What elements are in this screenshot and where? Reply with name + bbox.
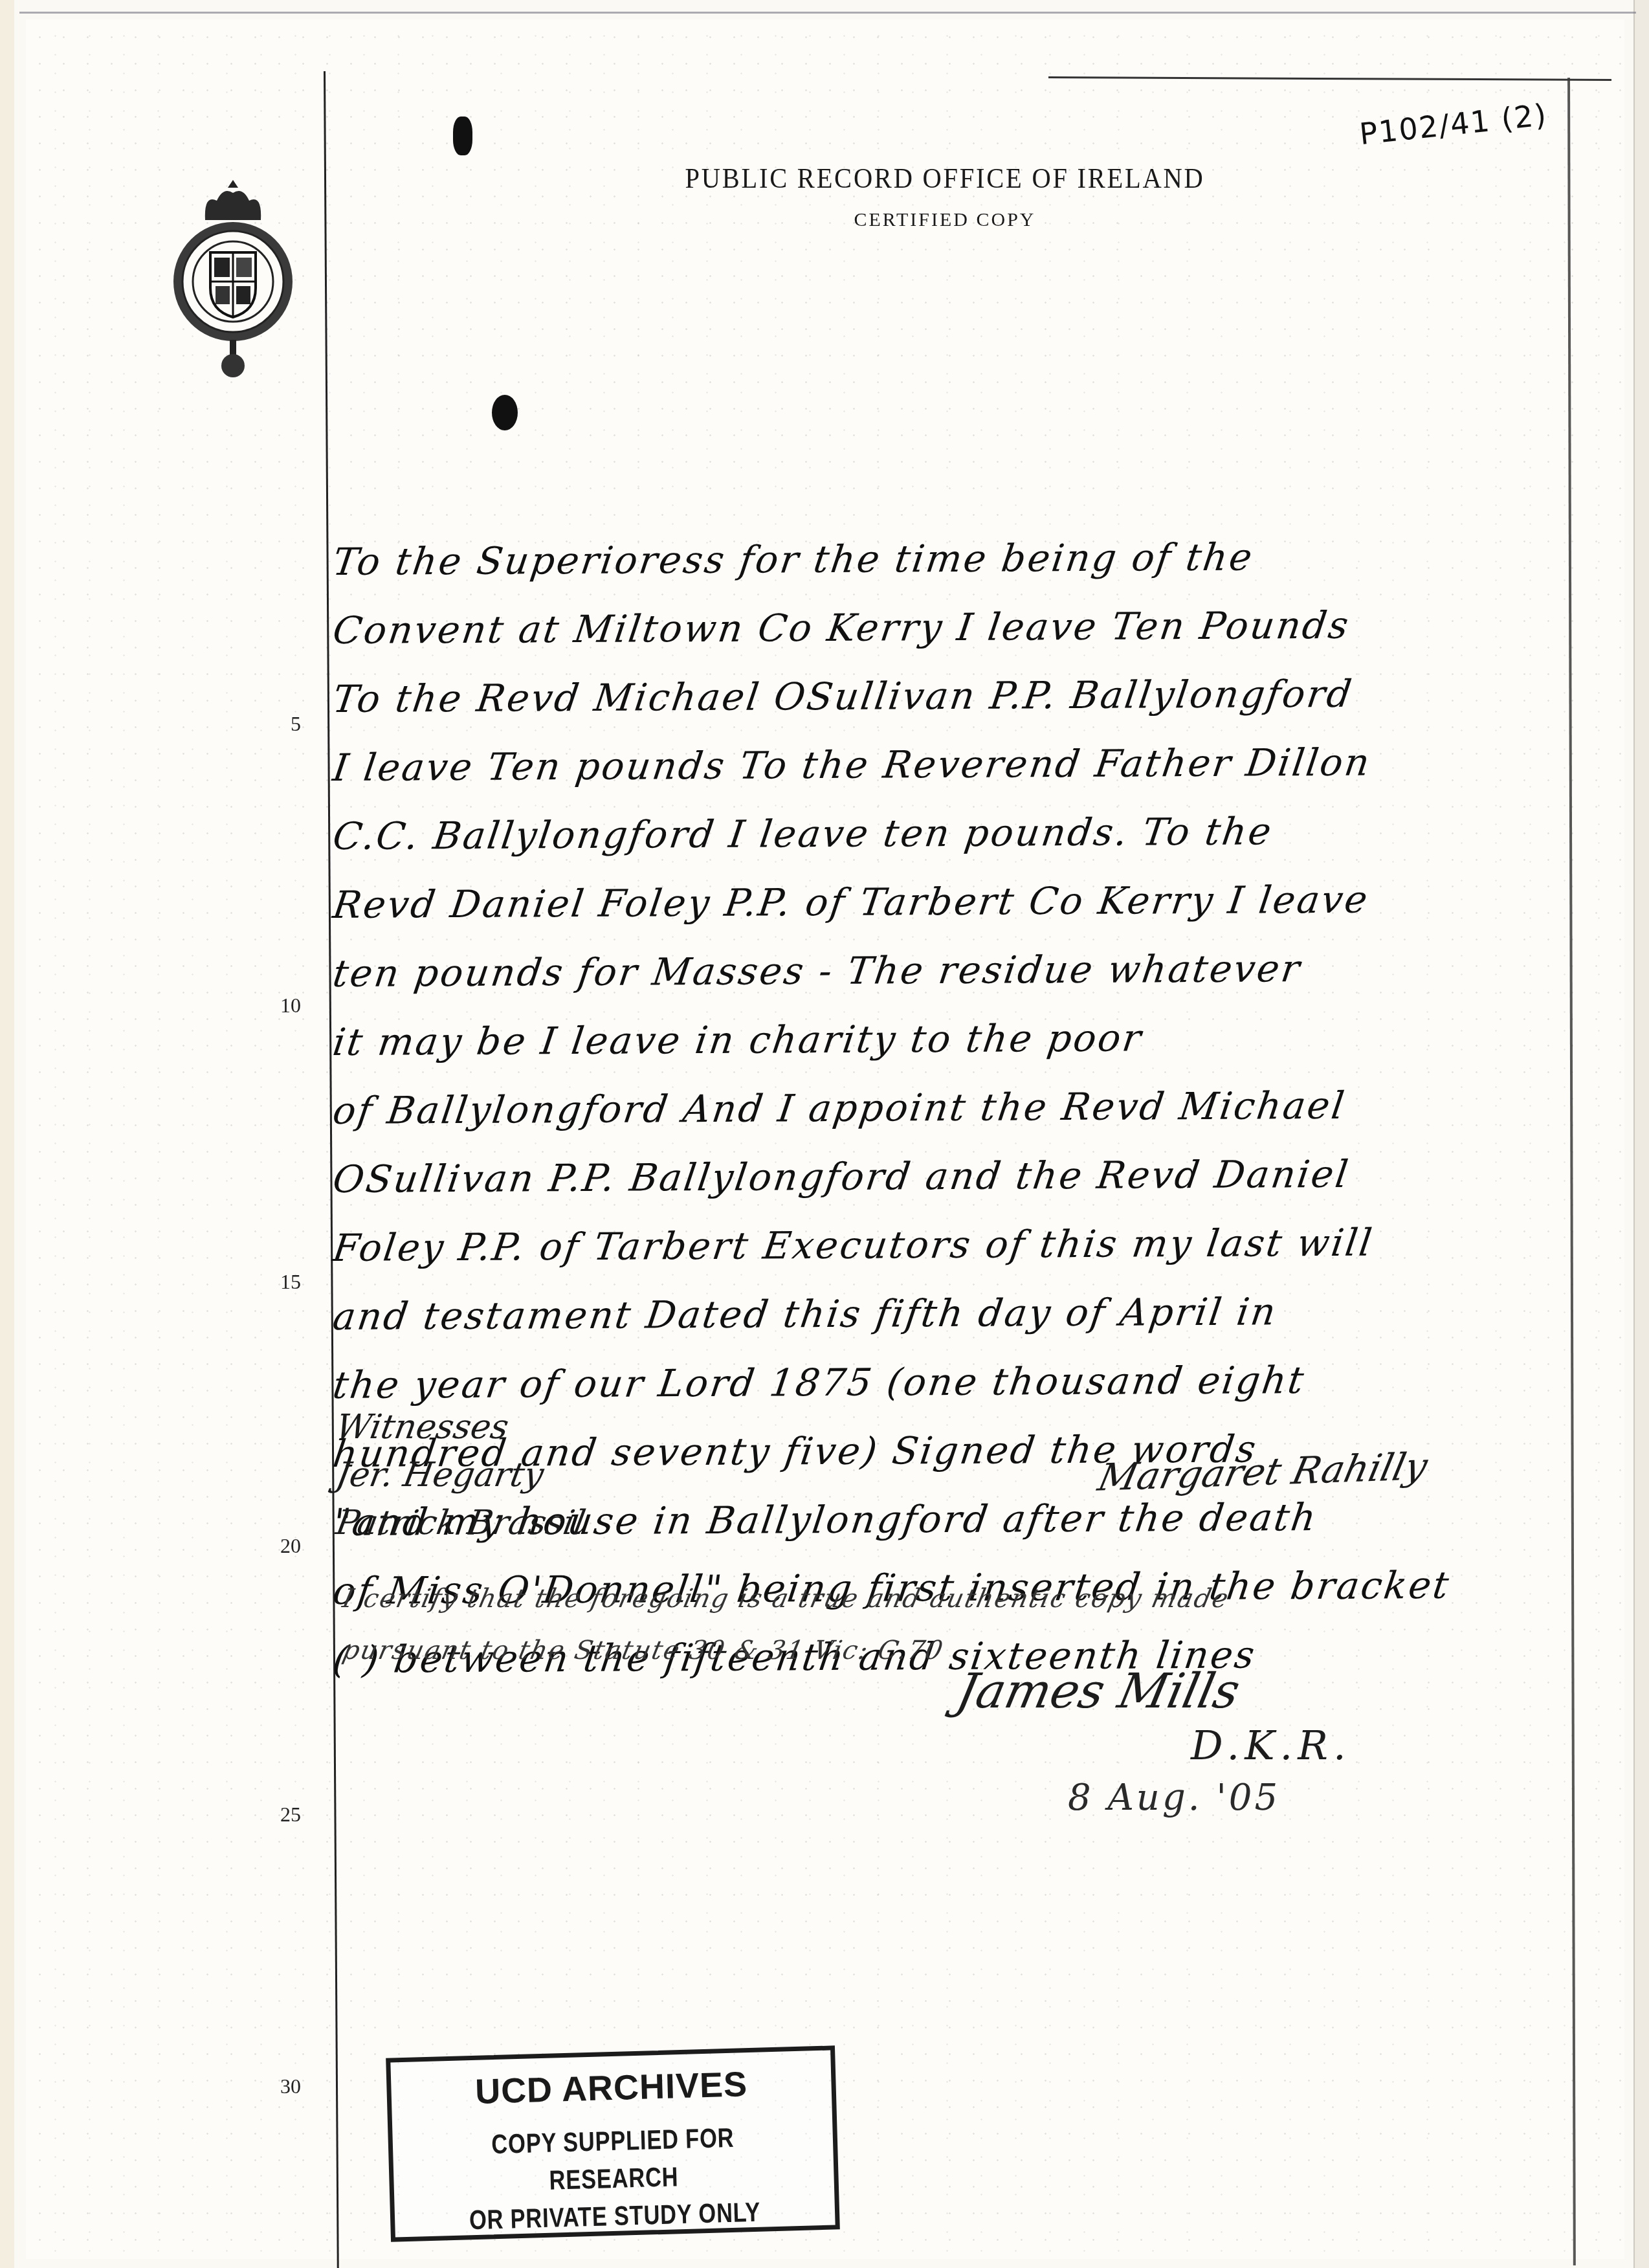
witnesses-block: Witnesses Jer. Hegarty Patrick Brassil	[337, 1403, 585, 1547]
body-line-1: To the Superioress for the time being of…	[329, 521, 1569, 596]
witness-name-1: Jer. Hegarty	[332, 1451, 589, 1499]
body-line-12: and testament Dated this fifth day of Ap…	[329, 1276, 1569, 1351]
certifier-office: D.K.R.	[1191, 1722, 1351, 1769]
body-line-2: Convent at Miltown Co Kerry I leave Ten …	[329, 590, 1569, 665]
body-line-11: Foley P.P. of Tarbert Executors of this …	[329, 1207, 1569, 1282]
line-number-25: 25	[223, 1803, 301, 1827]
line-number-5: 5	[223, 712, 301, 736]
body-line-8: it may be I leave in charity to the poor	[329, 1001, 1569, 1076]
witness-name-2: Patrick Brassil	[332, 1499, 589, 1547]
body-line-9: of Ballylongford And I appoint the Revd …	[329, 1070, 1569, 1145]
body-line-10: OSullivan P.P. Ballylongford and the Rev…	[329, 1139, 1569, 1214]
certified-copy-label: CERTIFIED COPY	[647, 209, 1243, 231]
scan-edge-right	[1633, 0, 1649, 2268]
scan-edge-top	[19, 12, 1636, 14]
body-line-7: ten pounds for Masses - The residue what…	[329, 933, 1569, 1008]
body-line-3: To the Revd Michael OSullivan P.P. Bally…	[329, 658, 1569, 733]
witnesses-label: Witnesses	[332, 1403, 589, 1451]
document-header: PUBLIC RECORD OFFICE OF IRELAND CERTIFIE…	[647, 162, 1243, 231]
certification-date: 8 Aug. '05	[1068, 1777, 1280, 1819]
body-line-4: I leave Ten pounds To the Reverend Fathe…	[329, 727, 1569, 802]
line-number-30: 30	[223, 2074, 301, 2098]
ucd-archives-stamp: UCD ARCHIVES COPY SUPPLIED FOR RESEARCH …	[386, 2045, 840, 2241]
line-number-20: 20	[223, 1534, 301, 1558]
certification-statement: I certify that the foregoing is a true a…	[343, 1573, 1229, 1676]
body-line-6: Revd Daniel Foley P.P. of Tarbert Co Ker…	[329, 864, 1569, 939]
stamp-line-1: COPY SUPPLIED FOR RESEARCH	[432, 2117, 795, 2203]
ink-blot	[492, 395, 518, 430]
office-title: PUBLIC RECORD OFFICE OF IRELAND	[671, 162, 1219, 195]
line-number-10: 10	[223, 994, 301, 1017]
ink-blot	[453, 117, 472, 155]
stamp-title: UCD ARCHIVES	[391, 2062, 832, 2115]
certifier-signature: James Mills	[952, 1663, 1245, 1719]
line-number-15: 15	[223, 1270, 301, 1294]
body-line-5: C.C. Ballylongford I leave ten pounds. T…	[329, 795, 1569, 871]
scan-edge-left	[0, 0, 14, 2268]
certification-line-1: I certify that the foregoing is a true a…	[337, 1573, 1234, 1625]
royal-crest-icon	[165, 175, 301, 388]
